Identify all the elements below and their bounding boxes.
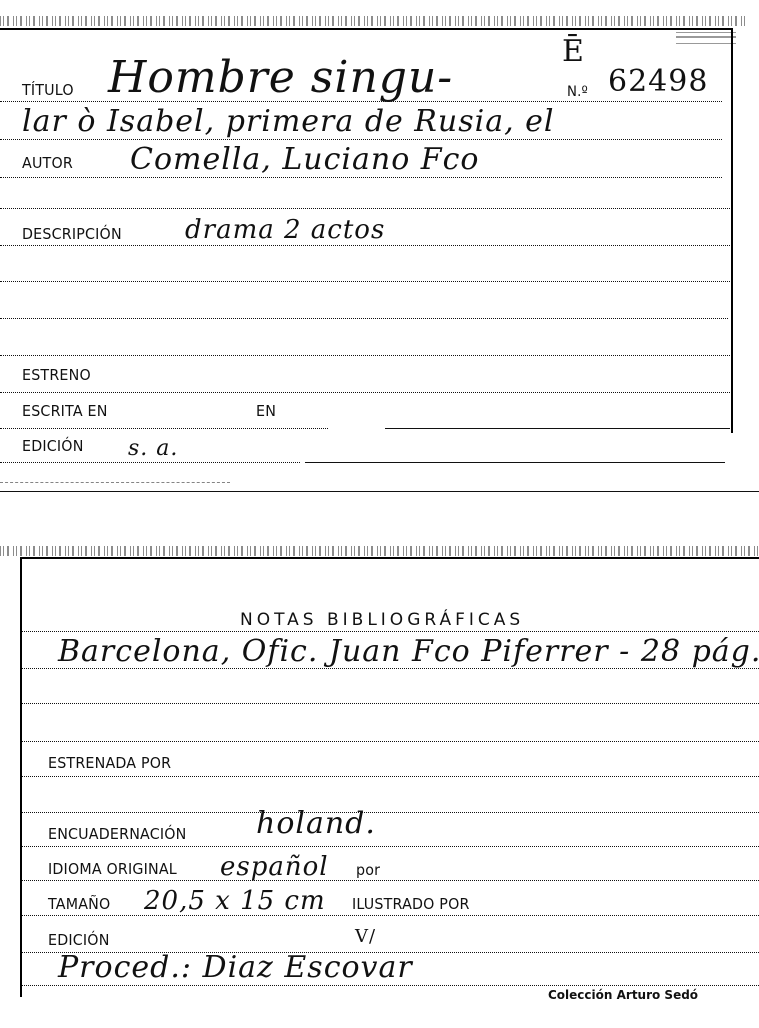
value-tamano: 20,5 x 15 cm xyxy=(144,886,326,916)
card-back-left-border xyxy=(20,557,22,997)
rule-en xyxy=(385,428,730,429)
rule-notas-3 xyxy=(22,703,759,704)
rule-blank-1 xyxy=(0,208,730,209)
label-titulo: TÍTULO xyxy=(22,81,74,99)
label-estreno: ESTRENO xyxy=(22,366,91,384)
label-tamano: TAMAÑO xyxy=(48,895,110,913)
edicion-mark: V/ xyxy=(355,926,376,947)
value-notas: Barcelona, Ofic. Juan Fco Piferrer - 28 … xyxy=(58,634,759,669)
value-edicion: s. a. xyxy=(128,436,178,461)
residual-dashes xyxy=(0,482,230,483)
value-descripcion: drama 2 actos xyxy=(185,215,385,245)
card-front-right-border xyxy=(731,28,733,433)
card-front-torn-edge xyxy=(0,16,745,26)
card-separator xyxy=(0,491,759,492)
label-en: EN xyxy=(256,402,276,420)
rule-estrenada-por xyxy=(22,776,759,777)
rule-blank-3 xyxy=(0,318,728,319)
rule-edicion xyxy=(0,462,300,463)
rule-blank-2 xyxy=(0,281,730,282)
card-back-torn-edge xyxy=(0,546,759,556)
value-encuadernacion: holand. xyxy=(256,806,376,841)
value-titulo-line2: lar ò Isabel, primera de Rusia, el xyxy=(22,104,555,139)
value-titulo-line1: Hombre singu- xyxy=(108,52,453,103)
rule-titulo xyxy=(0,101,722,102)
label-numero: N.º xyxy=(567,84,588,100)
rule-procedencia xyxy=(22,985,759,986)
value-numero: 62498 xyxy=(608,64,708,99)
rule-encuadernacion xyxy=(22,846,759,847)
rule-blank-5 xyxy=(22,812,759,813)
rule-descripcion xyxy=(0,245,730,246)
label-encuadernacion: ENCUADERNACIÓN xyxy=(48,825,187,843)
label-descripcion: DESCRIPCIÓN xyxy=(22,225,122,243)
label-edicion-back: EDICIÓN xyxy=(48,931,110,949)
rule-blank-4 xyxy=(0,355,730,356)
label-estrenada-por: ESTRENADA POR xyxy=(48,754,171,772)
rule-autor xyxy=(0,177,722,178)
label-edicion: EDICIÓN xyxy=(22,437,84,455)
heading-notas-bibliograficas: NOTAS BIBLIOGRÁFICAS xyxy=(240,610,524,630)
card-back-top-border xyxy=(20,557,759,559)
rule-titulo-2 xyxy=(0,139,722,140)
rule-edicion-right xyxy=(305,462,725,463)
value-procedencia: Proced.: Diaz Escovar xyxy=(58,950,413,985)
rule-escrita-en xyxy=(0,428,328,429)
rule-notas-1 xyxy=(22,631,759,632)
card-front-right-speckle xyxy=(676,30,736,46)
value-idioma-original: español xyxy=(220,852,329,882)
numero-mark: Ē xyxy=(562,34,585,69)
rule-notas-4 xyxy=(22,741,759,742)
label-ilustrado-por: ILUSTRADO POR xyxy=(352,895,470,913)
value-autor: Comella, Luciano Fco xyxy=(130,142,480,177)
label-por: por xyxy=(356,861,380,879)
rule-idioma-original xyxy=(22,880,759,881)
rule-estreno xyxy=(0,392,730,393)
rule-tamano xyxy=(22,915,759,916)
rule-notas-2 xyxy=(22,668,759,669)
label-autor: AUTOR xyxy=(22,154,73,172)
footer-coleccion: Colección Arturo Sedó xyxy=(548,988,698,1002)
card-front-top-border xyxy=(0,28,732,30)
label-escrita-en: ESCRITA EN xyxy=(22,402,108,420)
label-idioma-original: IDIOMA ORIGINAL xyxy=(48,860,177,878)
